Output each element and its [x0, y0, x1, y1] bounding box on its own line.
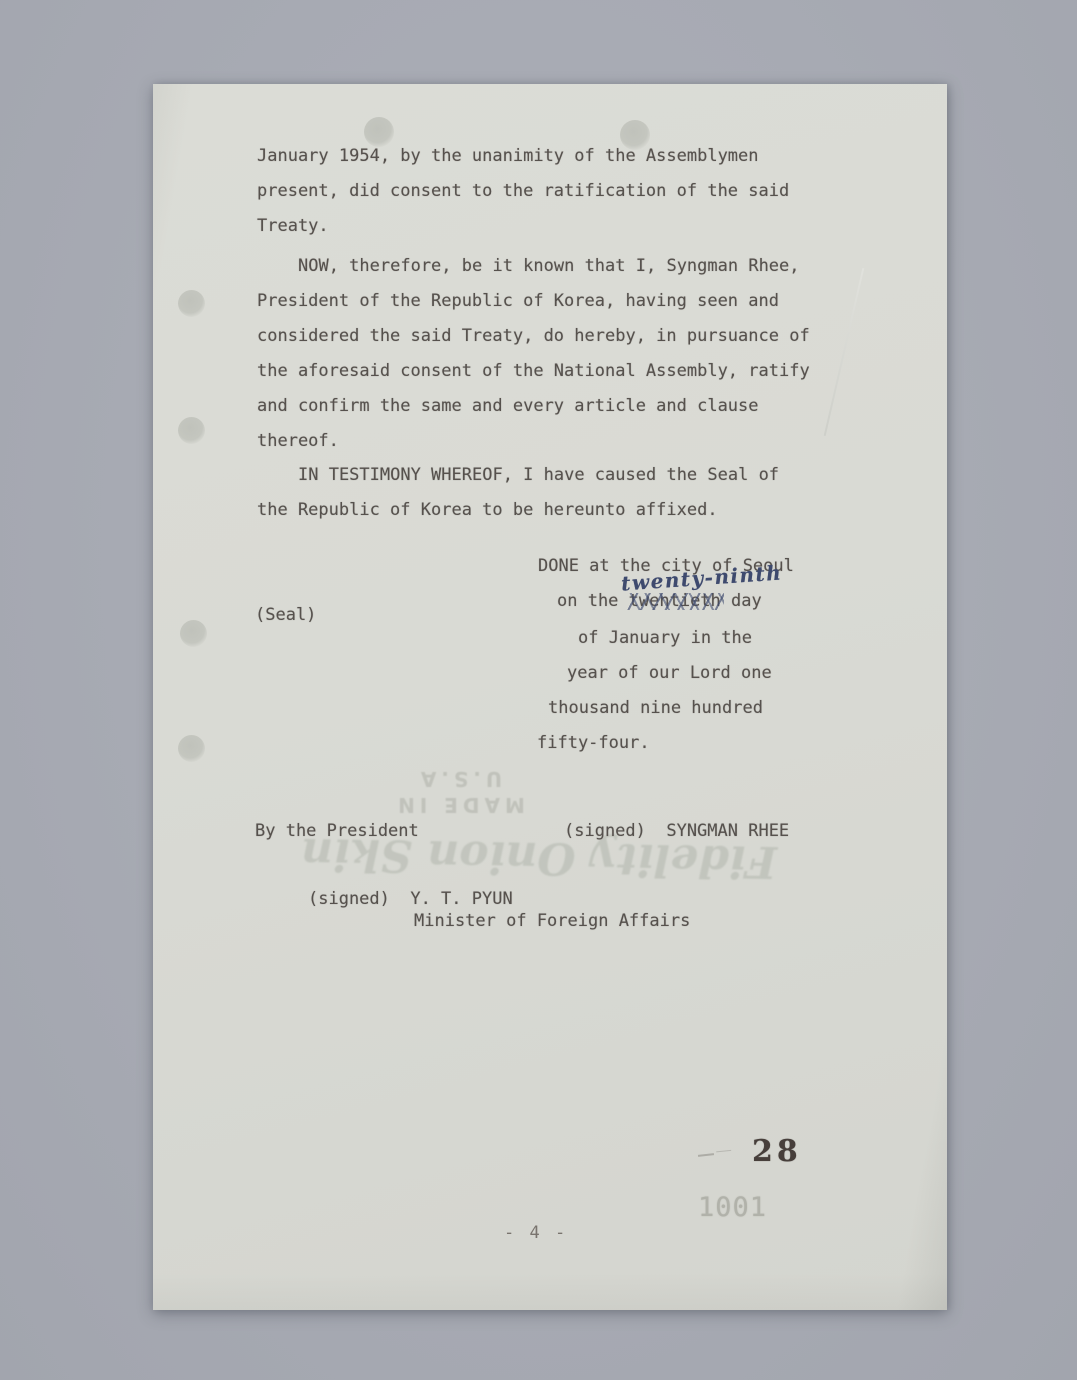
- minister-signature-line: (signed) Y. T. PYUN: [308, 889, 513, 910]
- by-the-president-label: By the President: [255, 821, 419, 842]
- punch-hole: [180, 620, 207, 647]
- body-line: present, did consent to the ratification…: [257, 181, 789, 202]
- archive-number-stamp: 28: [752, 1135, 802, 1169]
- body-line: considered the said Treaty, do hereby, i…: [257, 326, 810, 347]
- paper-crease: [824, 268, 865, 436]
- body-line: the aforesaid consent of the National As…: [257, 361, 810, 382]
- body-line: and confirm the same and every article a…: [257, 396, 759, 417]
- done-date-line: on the twentieth day: [557, 591, 762, 612]
- pencil-mark: [698, 1153, 714, 1157]
- done-line: year of our Lord one: [567, 663, 772, 684]
- date-prefix: on the: [557, 591, 629, 611]
- punch-hole: [364, 117, 394, 147]
- done-line: fifty-four.: [537, 733, 650, 754]
- body-line: President of the Republic of Korea, havi…: [257, 291, 779, 312]
- body-line: Treaty.: [257, 216, 329, 237]
- document-page: MADE IN U.S.A Fidelity Onion Skin Januar…: [153, 84, 947, 1310]
- faint-number-stamp: 1001: [698, 1193, 767, 1223]
- minister-title-line: Minister of Foreign Affairs: [414, 911, 690, 932]
- watermark-made-in-usa: MADE IN U.S.A: [353, 766, 565, 818]
- body-line: NOW, therefore, be it known that I, Syng…: [298, 256, 800, 277]
- done-line: of January in the: [578, 628, 752, 649]
- body-line: IN TESTIMONY WHEREOF, I have caused the …: [298, 465, 779, 486]
- page-number: - 4 -: [504, 1223, 568, 1244]
- body-line: thereof.: [257, 431, 339, 452]
- president-signature-line: (signed) SYNGMAN RHEE: [564, 821, 789, 842]
- seal-label: (Seal): [255, 605, 316, 626]
- punch-hole: [178, 290, 205, 317]
- punch-hole: [178, 417, 205, 444]
- done-line: thousand nine hundred: [548, 698, 763, 719]
- scan-background: MADE IN U.S.A Fidelity Onion Skin Januar…: [0, 0, 1077, 1380]
- punch-hole: [178, 735, 205, 762]
- date-suffix: day: [721, 591, 762, 611]
- body-line: January 1954, by the unanimity of the As…: [257, 146, 759, 167]
- body-line: the Republic of Korea to be hereunto aff…: [257, 500, 718, 521]
